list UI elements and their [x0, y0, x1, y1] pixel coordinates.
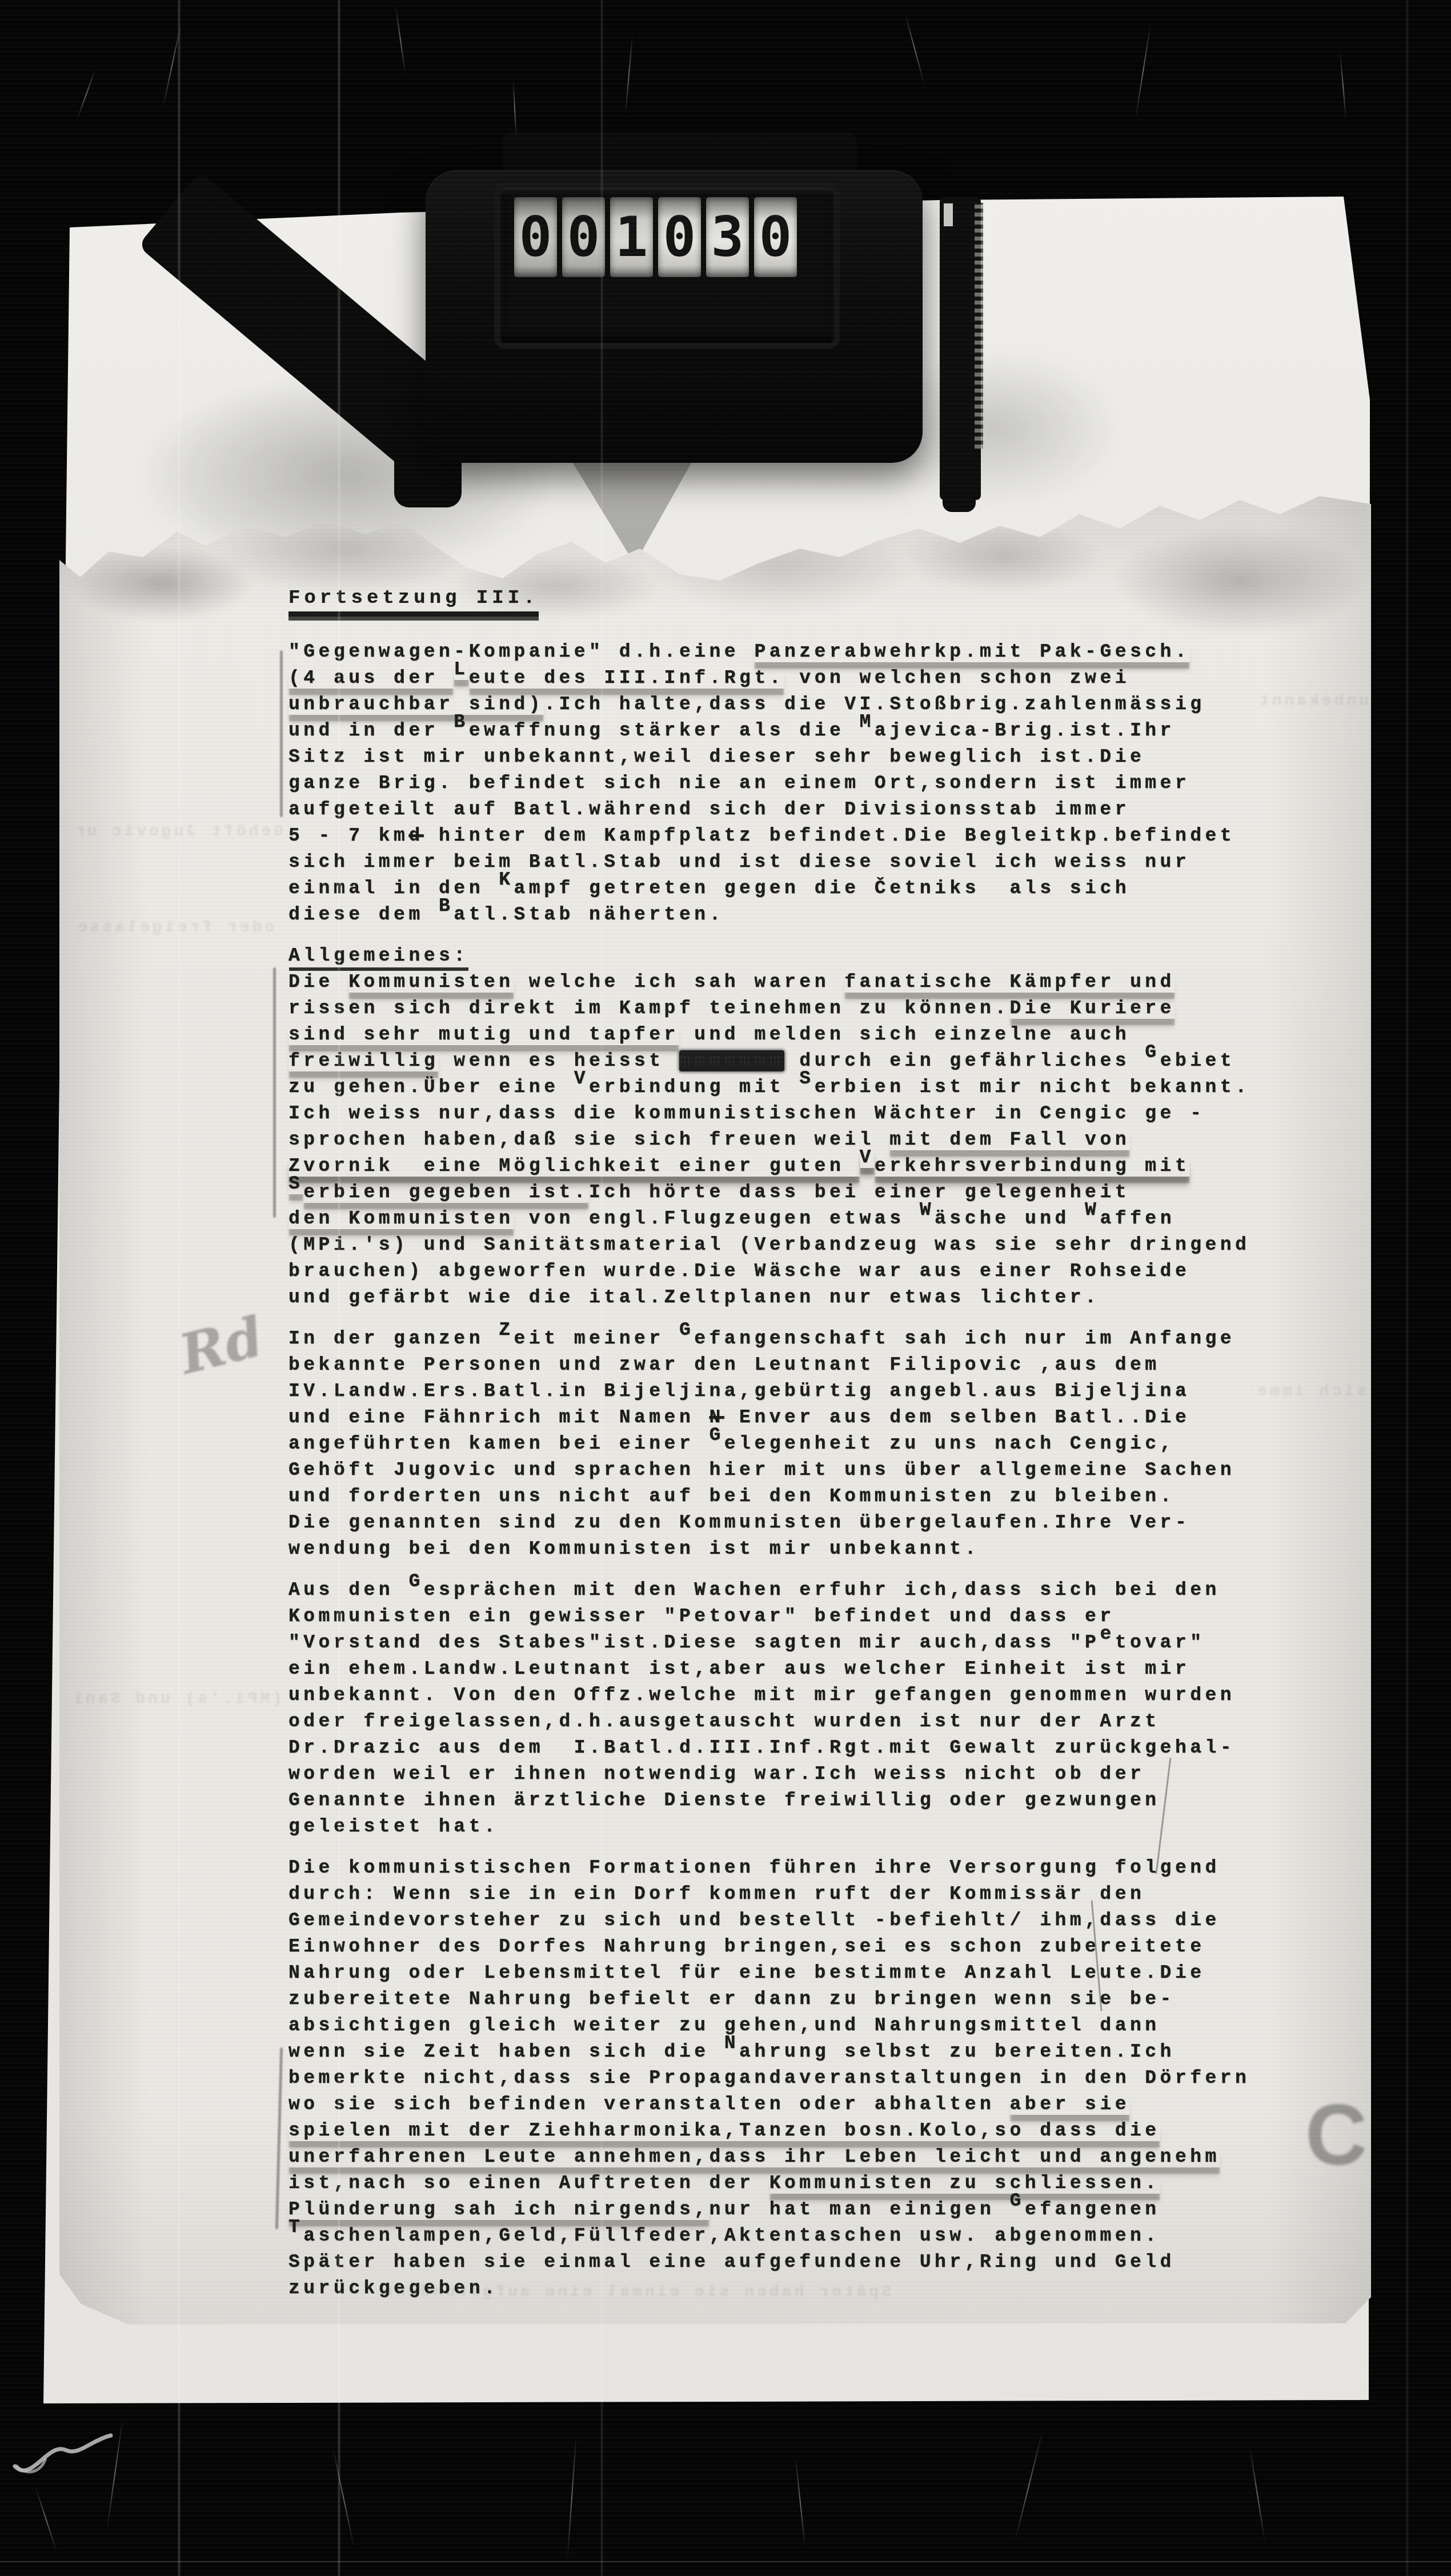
film-scratch: [904, 13, 925, 85]
film-scratch: [1340, 51, 1346, 120]
typed-line: bemerkte nicht,dass sie Propagandaverans…: [288, 2065, 1317, 2091]
typed-line: IV.Landw.Ers.Batl.in Bijeljina,gebürtig …: [288, 1378, 1317, 1405]
typed-line: unerfahrenen Leute annehmen,dass ihr Leb…: [288, 2144, 1317, 2170]
counter-digit: 3: [706, 197, 749, 277]
typed-line: wo sie sich befinden veranstalten oder a…: [288, 2091, 1317, 2118]
film-scratch: [625, 34, 633, 114]
typed-line: ein ehem.Landw.Leutnant ist,aber aus wel…: [288, 1656, 1317, 1682]
counter-digit: 0: [562, 197, 605, 277]
typed-line: Serbien gegeben ist.Ich hörte dass bei e…: [288, 1179, 1317, 1206]
typed-line: worden weil er ihnen notwendig war.Ich w…: [288, 1761, 1317, 1787]
typed-line: (MPi.'s) und Sanitätsmaterial (Verbandze…: [288, 1232, 1317, 1258]
typed-line: rissen sich direkt im Kampf teinehmen zu…: [288, 995, 1317, 1022]
typed-line: Plünderung sah ich nirgends,nur hat man …: [288, 2197, 1317, 2223]
paragraph: Die kommunistischen Formationen führen i…: [288, 1855, 1317, 2302]
typed-line: Allgemeines:: [288, 943, 1317, 969]
typed-line: "Vorstand des Stabes"ist.Diese sagten mi…: [288, 1630, 1317, 1656]
counter-digit: 1: [610, 197, 653, 277]
page-title: Fortsetzung III.: [288, 587, 539, 609]
typed-text: "Gegenwagen-Kompanie" d.h.eine Panzerabw…: [288, 639, 1317, 2317]
typed-line: 5 - 7 kmd hinter dem Kampfplatz befindet…: [288, 823, 1317, 849]
typed-line: zurückgegeben.: [288, 2275, 1317, 2302]
stamp-letter-c: C: [1305, 2086, 1367, 2185]
counter-clamp-slot: [944, 203, 953, 226]
typed-line: Sitz ist mir unbekannt,weil dieser sehr …: [288, 744, 1317, 770]
typed-line: brauchen) abgeworfen wurde.Die Wäsche wa…: [288, 1258, 1317, 1285]
typed-line: In der ganzen Zeit meiner Gefangenschaft…: [288, 1326, 1317, 1352]
typed-line: Nahrung oder Lebensmittel für eine besti…: [288, 1960, 1317, 1986]
typed-line: wendung bei den Kommunisten ist mir unbe…: [288, 1536, 1317, 1562]
typed-line: aufgeteilt auf Batl.während sich der Div…: [288, 797, 1317, 823]
typed-line: Zvornik eine Möglichkeit einer guten Ver…: [288, 1153, 1317, 1179]
film-scratch-mark: [8, 2429, 117, 2486]
counter-clamp-teeth: [975, 203, 983, 449]
typed-line: zubereitete Nahrung befielt er dann zu b…: [288, 1986, 1317, 2013]
bleedthrough-text: oder freigelassen,d.h.ausgetauscht wurde…: [74, 919, 274, 937]
typed-line: Gemeindevorsteher zu sich und bestellt -…: [288, 1907, 1317, 1934]
typed-line: und gefärbt wie die ital.Zeltplanen nur …: [288, 1285, 1317, 1311]
film-scratch: [567, 2434, 576, 2560]
typed-line: sich immer beim Batl.Stab und ist diese …: [288, 849, 1317, 875]
film-streak: [601, 0, 603, 2576]
typed-line: Die kommunistischen Formationen führen i…: [288, 1855, 1317, 1881]
pencil-margin-line: [273, 967, 276, 1218]
counter-digit: 0: [514, 197, 557, 277]
typed-line: (4 aus der Leute des III.Inf.Rgt. von we…: [288, 665, 1317, 691]
counter-clamp-foot: [943, 487, 976, 512]
typed-line: unbrauchbar sind).Ich halte,dass die VI.…: [288, 691, 1317, 718]
typed-line: zu gehen.Über eine Verbindung mit Serbie…: [288, 1074, 1317, 1101]
typed-line: und in der Bewaffnung stärker als die Ma…: [288, 718, 1317, 744]
film-scratch: [795, 2457, 806, 2548]
typed-line: "Gegenwagen-Kompanie" d.h.eine Panzerabw…: [288, 639, 1317, 665]
typed-line: ganze Brig. befindet sich nie an einem O…: [288, 770, 1317, 797]
typed-line: sprochen haben,daß sie sich freuen weil …: [288, 1127, 1317, 1153]
typed-line: oder freigelassen,d.h.ausgetauscht wurde…: [288, 1709, 1317, 1735]
film-scratch: [1015, 2430, 1043, 2542]
typed-line: angeführten kamen bei einer Gelegenheit …: [288, 1431, 1317, 1457]
typed-line: Genannte ihnen ärztliche Dienste freiwil…: [288, 1787, 1317, 1814]
paragraph: Allgemeines:Die Kommunisten welche ich s…: [288, 943, 1317, 1311]
typed-line: spielen mit der Ziehharmonika,Tanzen bos…: [288, 2118, 1317, 2144]
film-streak: [338, 0, 340, 2576]
document-page: Gehöft Jugovic und sprachen hier mit uns…: [57, 491, 1371, 2327]
typed-line: Einwohner des Dorfes Nahrung bringen,sei…: [288, 1934, 1317, 1960]
typed-line: durch: Wenn sie in ein Dorf kommen ruft …: [288, 1881, 1317, 1907]
counter-digit-wheels: 0 0 1 0 3 0: [514, 197, 797, 277]
typed-line: und eine Fähnrich mit Namen N Enver aus …: [288, 1405, 1317, 1431]
typed-line: bekannte Personen und zwar den Leutnant …: [288, 1352, 1317, 1378]
typed-line: Die genannten sind zu den Kommunisten üb…: [288, 1510, 1317, 1536]
counter-digit: 0: [754, 197, 797, 277]
typed-line: absichtigen gleich weiter zu gehen,und N…: [288, 2013, 1317, 2039]
film-scratch: [77, 70, 96, 118]
bleedthrough-text: Gehöft Jugovic und sprachen hier mit uns…: [78, 823, 283, 841]
film-scratch: [1135, 23, 1152, 119]
paragraph: Aus den Gesprächen mit den Wachen erfuhr…: [288, 1577, 1317, 1840]
typed-line: Gehöft Jugovic und sprachen hier mit uns…: [288, 1457, 1317, 1483]
typed-line: Dr.Drazic aus dem I.Batl.d.III.Inf.Rgt.m…: [288, 1735, 1317, 1761]
microfilm-frame: Gehöft Jugovic und sprachen hier mit uns…: [0, 0, 1451, 2576]
typed-line: Ich weiss nur,dass die kommunistischen W…: [288, 1101, 1317, 1127]
film-scratch: [395, 6, 406, 74]
typed-line: Kommunisten ein gewisser "Petovar" befin…: [288, 1603, 1317, 1630]
film-scratch: [512, 80, 516, 137]
counter-digit: 0: [658, 197, 701, 277]
typed-line: Aus den Gesprächen mit den Wachen erfuhr…: [288, 1577, 1317, 1603]
typed-line: Später haben sie einmal eine aufgefunden…: [288, 2249, 1317, 2275]
film-streak: [1406, 0, 1408, 2576]
typed-line: ist,nach so einen Auftreten der Kommunis…: [288, 2170, 1317, 2197]
film-streak: [178, 0, 180, 2576]
film-scratch: [332, 2447, 354, 2547]
typed-line: diese dem Batl.Stab näherten.: [288, 902, 1317, 928]
film-scratch: [1249, 2446, 1266, 2542]
typed-line: Taschenlampen,Geld,Füllfeder,Aktentasche…: [288, 2223, 1317, 2249]
typed-line: und forderten uns nicht auf bei den Komm…: [288, 1483, 1317, 1510]
typed-line: wenn sie Zeit haben sich die Nahrung sel…: [288, 2039, 1317, 2065]
paragraph: "Gegenwagen-Kompanie" d.h.eine Panzerabw…: [288, 639, 1317, 928]
typed-line: den Kommunisten von engl.Flugzeugen etwa…: [288, 1206, 1317, 1232]
film-scratch: [35, 2487, 58, 2553]
film-scratch: [0, 2561, 1451, 2562]
paragraph: In der ganzen Zeit meiner Gefangenschaft…: [288, 1326, 1317, 1562]
typed-line: unbekannt. Von den Offz.welche mit mir g…: [288, 1682, 1317, 1709]
pencil-margin-line: [280, 650, 283, 817]
typed-line: sind sehr mutig und tapfer und melden si…: [288, 1022, 1317, 1048]
typed-line: Die Kommunisten welche ich sah waren fan…: [288, 969, 1317, 995]
